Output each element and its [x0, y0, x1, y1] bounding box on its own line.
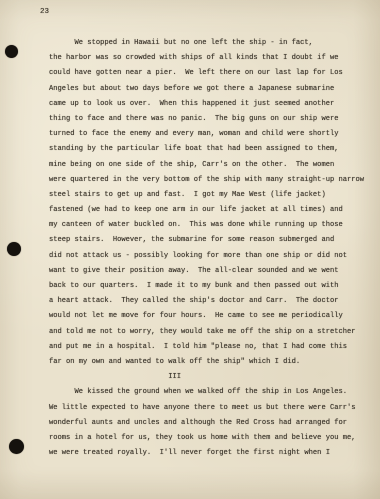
text-line: steep stairs. However, the submarine for…	[49, 233, 374, 248]
text-line: Angeles but about two days before we got…	[49, 82, 374, 97]
paragraph-1: We stopped in Hawaii but no one left the…	[49, 36, 374, 370]
text-line: far on my own and wanted to walk off the…	[49, 355, 374, 370]
text-line: the harbor was so crowded with ships of …	[49, 51, 374, 66]
text-line: would not let me move for four hours. He…	[49, 309, 374, 324]
text-line: We little expected to have anyone there …	[49, 401, 374, 416]
text-line: wonderful aunts and uncles and although …	[49, 416, 374, 431]
text-line: did not attack us - possibly looking for…	[49, 249, 374, 264]
text-line: and told me not to worry, they would tak…	[49, 325, 374, 340]
text-line: we were treated royally. I'll never forg…	[49, 446, 374, 461]
typewritten-text-block: We stopped in Hawaii but no one left the…	[49, 36, 374, 461]
text-line: could have gotten near a pier. We left t…	[49, 66, 374, 81]
paragraph-2: We kissed the ground when we walked off …	[49, 385, 374, 461]
text-line: mine being on one side of the ship, Carr…	[49, 158, 374, 173]
text-line: back to our quarters. I made it to my bu…	[49, 279, 374, 294]
text-line: want to give their position away. The al…	[49, 264, 374, 279]
text-line: and put me in a hospital. I told him "pl…	[49, 340, 374, 355]
page-number: 23	[40, 8, 49, 16]
text-line: a heart attack. They called the ship's d…	[49, 294, 374, 309]
text-line: standing by the particular life boat tha…	[49, 142, 374, 157]
hole-punch-mark	[9, 439, 24, 454]
text-line: came up to look us over. When this happe…	[49, 97, 374, 112]
hole-punch-mark	[5, 45, 18, 58]
text-line: steel stairs to get up and fast. I got m…	[49, 188, 374, 203]
text-line: were quartered in the very bottom of the…	[49, 173, 374, 188]
hole-punch-mark	[7, 242, 21, 256]
text-line: my canteen of water buckled on. This was…	[49, 218, 374, 233]
text-line: rooms in a hotel for us, they took us ho…	[49, 431, 374, 446]
section-heading: III	[49, 370, 374, 385]
text-line: turned to face the enemy and every man, …	[49, 127, 374, 142]
text-line: fastened (we had to keep one arm in our …	[49, 203, 374, 218]
text-line: III	[49, 370, 374, 385]
text-line: We stopped in Hawaii but no one left the…	[49, 36, 374, 51]
text-line: thing to face and there was no panic. Th…	[49, 112, 374, 127]
text-line: We kissed the ground when we walked off …	[49, 385, 374, 400]
